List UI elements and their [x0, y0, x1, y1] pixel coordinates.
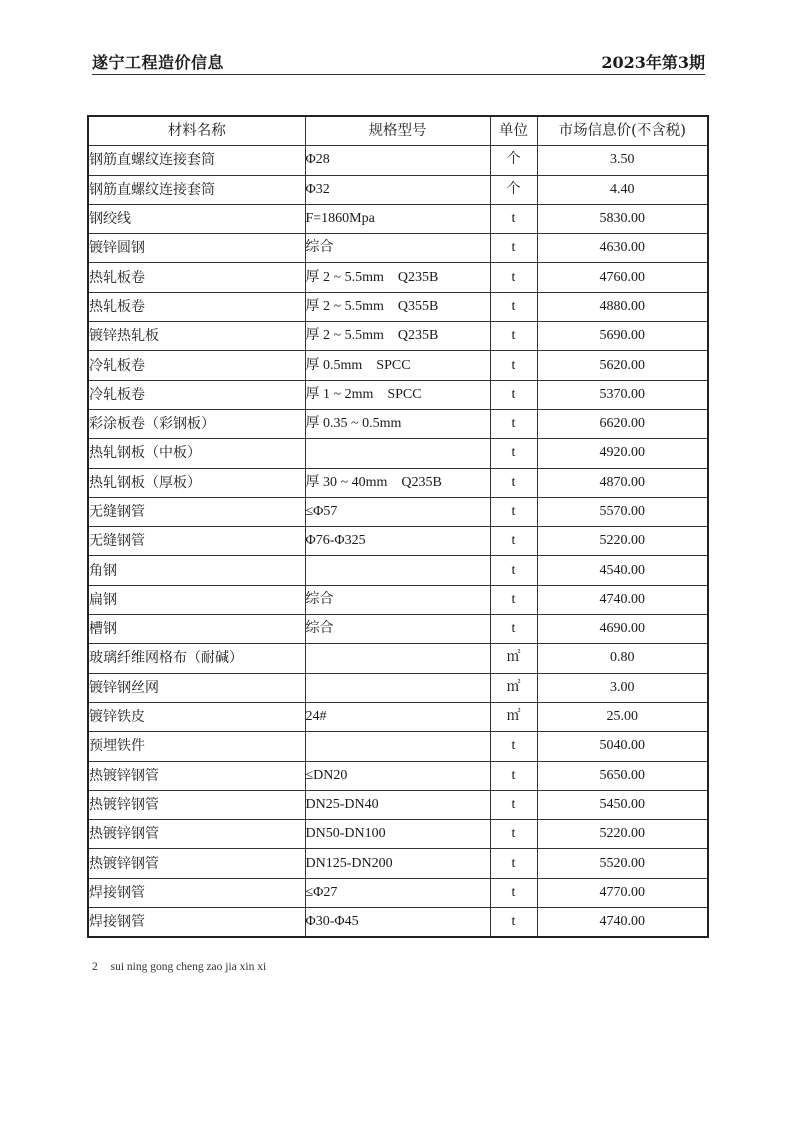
unit-cell: 个: [490, 175, 537, 204]
spec-cell: Φ28: [305, 146, 490, 175]
price-cell: 4920.00: [537, 439, 708, 468]
spec-cell: ≤Φ27: [305, 878, 490, 907]
unit-cell: t: [490, 790, 537, 819]
spec-cell: F=1860Mpa: [305, 204, 490, 233]
spec-cell: 综合: [305, 585, 490, 614]
unit-cell: t: [490, 878, 537, 907]
material-name-cell: 玻璃纤维网格布（耐碱）: [88, 644, 305, 673]
unit-cell: t: [490, 234, 537, 263]
table-row: 无缝钢管Φ76-Φ325t5220.00: [88, 527, 708, 556]
material-name-cell: 热镀锌钢管: [88, 761, 305, 790]
spec-cell: 厚 2 ~ 5.5mm Q235B: [305, 322, 490, 351]
material-name-cell: 镀锌热轧板: [88, 322, 305, 351]
unit-cell: ㎡: [490, 702, 537, 731]
price-cell: 4870.00: [537, 468, 708, 497]
price-cell: 5220.00: [537, 527, 708, 556]
unit-cell: t: [490, 615, 537, 644]
material-name-cell: 热轧板卷: [88, 292, 305, 321]
table-row: 热轧钢板（中板）t4920.00: [88, 439, 708, 468]
spec-cell: [305, 556, 490, 585]
unit-cell: t: [490, 351, 537, 380]
unit-cell: t: [490, 732, 537, 761]
spec-cell: 厚 2 ~ 5.5mm Q235B: [305, 263, 490, 292]
price-cell: 4760.00: [537, 263, 708, 292]
unit-cell: t: [490, 409, 537, 438]
table-row: 钢筋直螺纹连接套筒Φ32个4.40: [88, 175, 708, 204]
table-row: 镀锌热轧板厚 2 ~ 5.5mm Q235Bt5690.00: [88, 322, 708, 351]
material-name-cell: 热镀锌钢管: [88, 820, 305, 849]
column-header-price: 市场信息价(不含税): [537, 116, 708, 146]
material-name-cell: 冷轧板卷: [88, 351, 305, 380]
spec-cell: 厚 0.5mm SPCC: [305, 351, 490, 380]
unit-cell: t: [490, 322, 537, 351]
table-header-row: 材料名称 规格型号 单位 市场信息价(不含税): [88, 116, 708, 146]
price-cell: 3.00: [537, 673, 708, 702]
price-cell: 3.50: [537, 146, 708, 175]
spec-cell: 厚 1 ~ 2mm SPCC: [305, 380, 490, 409]
spec-cell: [305, 439, 490, 468]
unit-cell: t: [490, 849, 537, 878]
spec-cell: DN25-DN40: [305, 790, 490, 819]
table-row: 焊接钢管Φ30-Φ45t4740.00: [88, 908, 708, 938]
material-name-cell: 无缝钢管: [88, 527, 305, 556]
table-row: 热镀锌钢管DN25-DN40t5450.00: [88, 790, 708, 819]
column-header-name: 材料名称: [88, 116, 305, 146]
spec-cell: ≤Φ57: [305, 497, 490, 526]
spec-cell: 24#: [305, 702, 490, 731]
unit-cell: ㎡: [490, 644, 537, 673]
price-cell: 5690.00: [537, 322, 708, 351]
spec-cell: DN125-DN200: [305, 849, 490, 878]
spec-cell: Φ32: [305, 175, 490, 204]
price-cell: 5040.00: [537, 732, 708, 761]
table-row: 热轧板卷厚 2 ~ 5.5mm Q235Bt4760.00: [88, 263, 708, 292]
spec-cell: Φ30-Φ45: [305, 908, 490, 938]
price-cell: 25.00: [537, 702, 708, 731]
spec-cell: 厚 2 ~ 5.5mm Q355B: [305, 292, 490, 321]
table-row: 热轧板卷厚 2 ~ 5.5mm Q355Bt4880.00: [88, 292, 708, 321]
spec-cell: 厚 30 ~ 40mm Q235B: [305, 468, 490, 497]
price-cell: 5620.00: [537, 351, 708, 380]
spec-cell: 综合: [305, 615, 490, 644]
price-cell: 5450.00: [537, 790, 708, 819]
column-header-unit: 单位: [490, 116, 537, 146]
price-cell: 4630.00: [537, 234, 708, 263]
material-name-cell: 钢筋直螺纹连接套筒: [88, 146, 305, 175]
price-cell: 5570.00: [537, 497, 708, 526]
unit-cell: t: [490, 585, 537, 614]
spec-cell: [305, 673, 490, 702]
material-name-cell: 热镀锌钢管: [88, 790, 305, 819]
issue-label: 2023年第3期: [601, 50, 705, 73]
material-name-cell: 预埋铁件: [88, 732, 305, 761]
material-name-cell: 扁钢: [88, 585, 305, 614]
price-cell: 6620.00: [537, 409, 708, 438]
table-row: 冷轧板卷厚 1 ~ 2mm SPCCt5370.00: [88, 380, 708, 409]
unit-cell: t: [490, 292, 537, 321]
price-table: 材料名称 规格型号 单位 市场信息价(不含税) 钢筋直螺纹连接套筒Φ28个3.5…: [87, 115, 709, 938]
table-row: 镀锌铁皮24#㎡25.00: [88, 702, 708, 731]
material-name-cell: 热轧钢板（中板）: [88, 439, 305, 468]
material-name-cell: 彩涂板卷（彩钢板）: [88, 409, 305, 438]
price-cell: 4770.00: [537, 878, 708, 907]
table-row: 钢筋直螺纹连接套筒Φ28个3.50: [88, 146, 708, 175]
price-cell: 5520.00: [537, 849, 708, 878]
table-row: 扁钢综合t4740.00: [88, 585, 708, 614]
price-cell: 5220.00: [537, 820, 708, 849]
spec-cell: 厚 0.35 ~ 0.5mm: [305, 409, 490, 438]
table-row: 镀锌钢丝网㎡3.00: [88, 673, 708, 702]
material-name-cell: 钢绞线: [88, 204, 305, 233]
spec-cell: [305, 732, 490, 761]
material-name-cell: 热轧钢板（厚板）: [88, 468, 305, 497]
price-cell: 4740.00: [537, 908, 708, 938]
unit-cell: t: [490, 497, 537, 526]
material-name-cell: 焊接钢管: [88, 908, 305, 938]
table-row: 角钢t4540.00: [88, 556, 708, 585]
table-row: 热镀锌钢管≤DN20t5650.00: [88, 761, 708, 790]
unit-cell: t: [490, 761, 537, 790]
table-row: 冷轧板卷厚 0.5mm SPCCt5620.00: [88, 351, 708, 380]
table-row: 焊接钢管≤Φ27t4770.00: [88, 878, 708, 907]
page-number: 2: [92, 961, 98, 973]
material-name-cell: 钢筋直螺纹连接套筒: [88, 175, 305, 204]
table-body: 钢筋直螺纹连接套筒Φ28个3.50钢筋直螺纹连接套筒Φ32个4.40钢绞线F=1…: [88, 146, 708, 938]
table-row: 彩涂板卷（彩钢板）厚 0.35 ~ 0.5mmt6620.00: [88, 409, 708, 438]
table-row: 玻璃纤维网格布（耐碱）㎡0.80: [88, 644, 708, 673]
unit-cell: t: [490, 439, 537, 468]
table-row: 钢绞线F=1860Mpat5830.00: [88, 204, 708, 233]
material-name-cell: 镀锌铁皮: [88, 702, 305, 731]
unit-cell: t: [490, 468, 537, 497]
price-cell: 4540.00: [537, 556, 708, 585]
publication-title: 遂宁工程造价信息: [92, 50, 224, 73]
material-name-cell: 角钢: [88, 556, 305, 585]
price-cell: 5650.00: [537, 761, 708, 790]
table-row: 热轧钢板（厚板）厚 30 ~ 40mm Q235Bt4870.00: [88, 468, 708, 497]
spec-cell: [305, 644, 490, 673]
table-row: 预埋铁件t5040.00: [88, 732, 708, 761]
spec-cell: 综合: [305, 234, 490, 263]
table-row: 热镀锌钢管DN50-DN100t5220.00: [88, 820, 708, 849]
unit-cell: t: [490, 204, 537, 233]
price-cell: 0.80: [537, 644, 708, 673]
table-row: 热镀锌钢管DN125-DN200t5520.00: [88, 849, 708, 878]
spec-cell: ≤DN20: [305, 761, 490, 790]
price-cell: 4880.00: [537, 292, 708, 321]
unit-cell: t: [490, 380, 537, 409]
unit-cell: 个: [490, 146, 537, 175]
unit-cell: t: [490, 263, 537, 292]
spec-cell: DN50-DN100: [305, 820, 490, 849]
unit-cell: t: [490, 908, 537, 938]
material-name-cell: 槽钢: [88, 615, 305, 644]
unit-cell: ㎡: [490, 673, 537, 702]
unit-cell: t: [490, 820, 537, 849]
price-cell: 4.40: [537, 175, 708, 204]
column-header-spec: 规格型号: [305, 116, 490, 146]
price-cell: 5830.00: [537, 204, 708, 233]
unit-cell: t: [490, 527, 537, 556]
price-cell: 4690.00: [537, 615, 708, 644]
material-name-cell: 焊接钢管: [88, 878, 305, 907]
material-name-cell: 热镀锌钢管: [88, 849, 305, 878]
table-row: 无缝钢管≤Φ57t5570.00: [88, 497, 708, 526]
table-row: 槽钢综合t4690.00: [88, 615, 708, 644]
material-name-cell: 镀锌圆钢: [88, 234, 305, 263]
material-name-cell: 热轧板卷: [88, 263, 305, 292]
page-header: 遂宁工程造价信息 2023年第3期: [92, 46, 705, 75]
material-name-cell: 镀锌钢丝网: [88, 673, 305, 702]
spec-cell: Φ76-Φ325: [305, 527, 490, 556]
material-name-cell: 冷轧板卷: [88, 380, 305, 409]
unit-cell: t: [490, 556, 537, 585]
table-row: 镀锌圆钢综合t4630.00: [88, 234, 708, 263]
price-cell: 5370.00: [537, 380, 708, 409]
page-footer: 2 sui ning gong cheng zao jia xin xi: [92, 961, 266, 973]
price-cell: 4740.00: [537, 585, 708, 614]
material-name-cell: 无缝钢管: [88, 497, 305, 526]
pinyin-title: sui ning gong cheng zao jia xin xi: [111, 961, 267, 973]
